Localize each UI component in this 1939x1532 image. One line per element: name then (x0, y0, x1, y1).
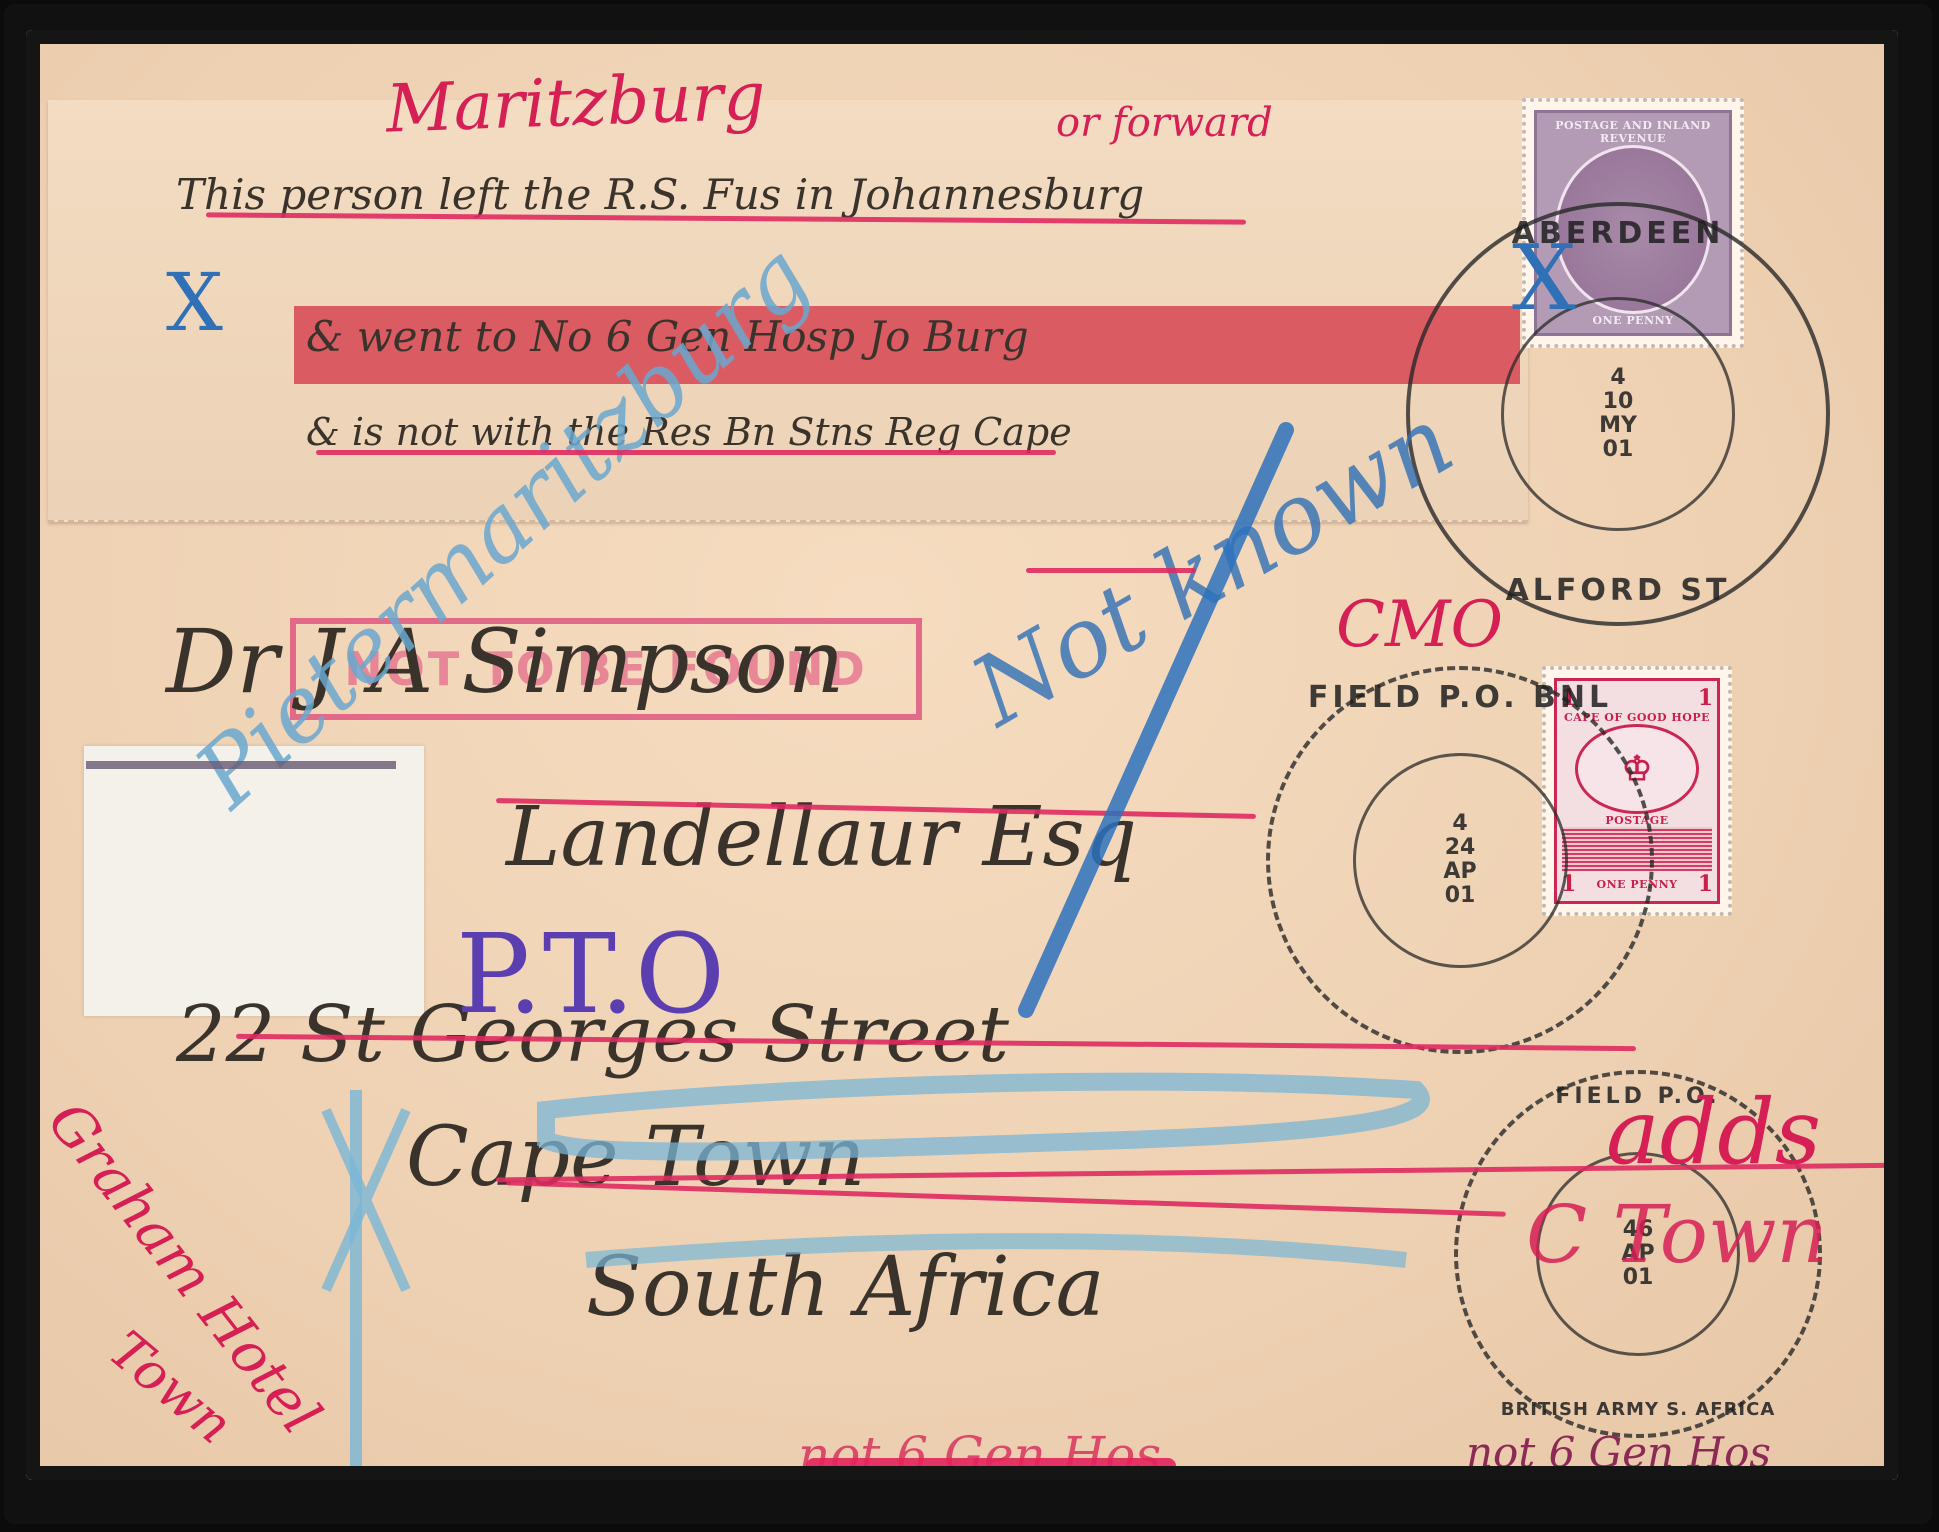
gb-stamp-legend: POSTAGE AND INLAND REVENUE (1543, 119, 1723, 145)
blue-x-mark: X (166, 256, 223, 349)
or-forward-annotation: or forward (1056, 100, 1273, 146)
corner-value: 1 (1698, 685, 1713, 711)
envelope-cover: NOT TO BE FOUND POSTAGE AND INLAND REVEN… (4, 4, 1932, 1524)
envelope-paper: NOT TO BE FOUND POSTAGE AND INLAND REVEN… (26, 30, 1898, 1480)
address-line-5: South Africa (586, 1240, 1105, 1335)
postmark-date: 10 (1603, 390, 1634, 414)
aberdeen-postmark: ABERDEEN 4 10 MY 01 ALFORD ST (1406, 202, 1830, 626)
postmark-date: 4 (1452, 812, 1467, 836)
strike-line (316, 450, 1056, 455)
heavy-strike-bar (806, 1458, 1176, 1480)
blue-x-mark: X (1512, 226, 1576, 331)
postmark-top-text: ABERDEEN (1410, 216, 1826, 251)
postmark-date: AP (1443, 860, 1476, 884)
cmo-annotation: CMO (1336, 588, 1503, 662)
postmark-date: MY (1599, 414, 1637, 438)
postmark-top-text: FIELD P.O. BNL (1270, 680, 1650, 715)
field-post-office-postmark: FIELD P.O. BNL 4 24 AP 01 (1266, 666, 1654, 1054)
label-line-1: This person left the R.S. Fus in Johanne… (176, 170, 1144, 219)
strike-line (1026, 568, 1196, 573)
postmark-bottom-text: BRITISH ARMY S. AFRICA (1458, 1399, 1818, 1420)
not-6-gen-hos-annotation: not 6 Gen Hos (1466, 1428, 1771, 1477)
pto-annotation: P.T.O (456, 910, 725, 1038)
c-town-annotation: C Town (1526, 1188, 1828, 1281)
postmark-date: 4 (1610, 366, 1625, 390)
postmark-date: 01 (1603, 438, 1634, 462)
postmark-date: 01 (1445, 884, 1476, 908)
maritzburg-annotation: Maritzburg (385, 57, 767, 147)
corner-value: 1 (1698, 871, 1713, 897)
postmark-date: 24 (1445, 836, 1476, 860)
